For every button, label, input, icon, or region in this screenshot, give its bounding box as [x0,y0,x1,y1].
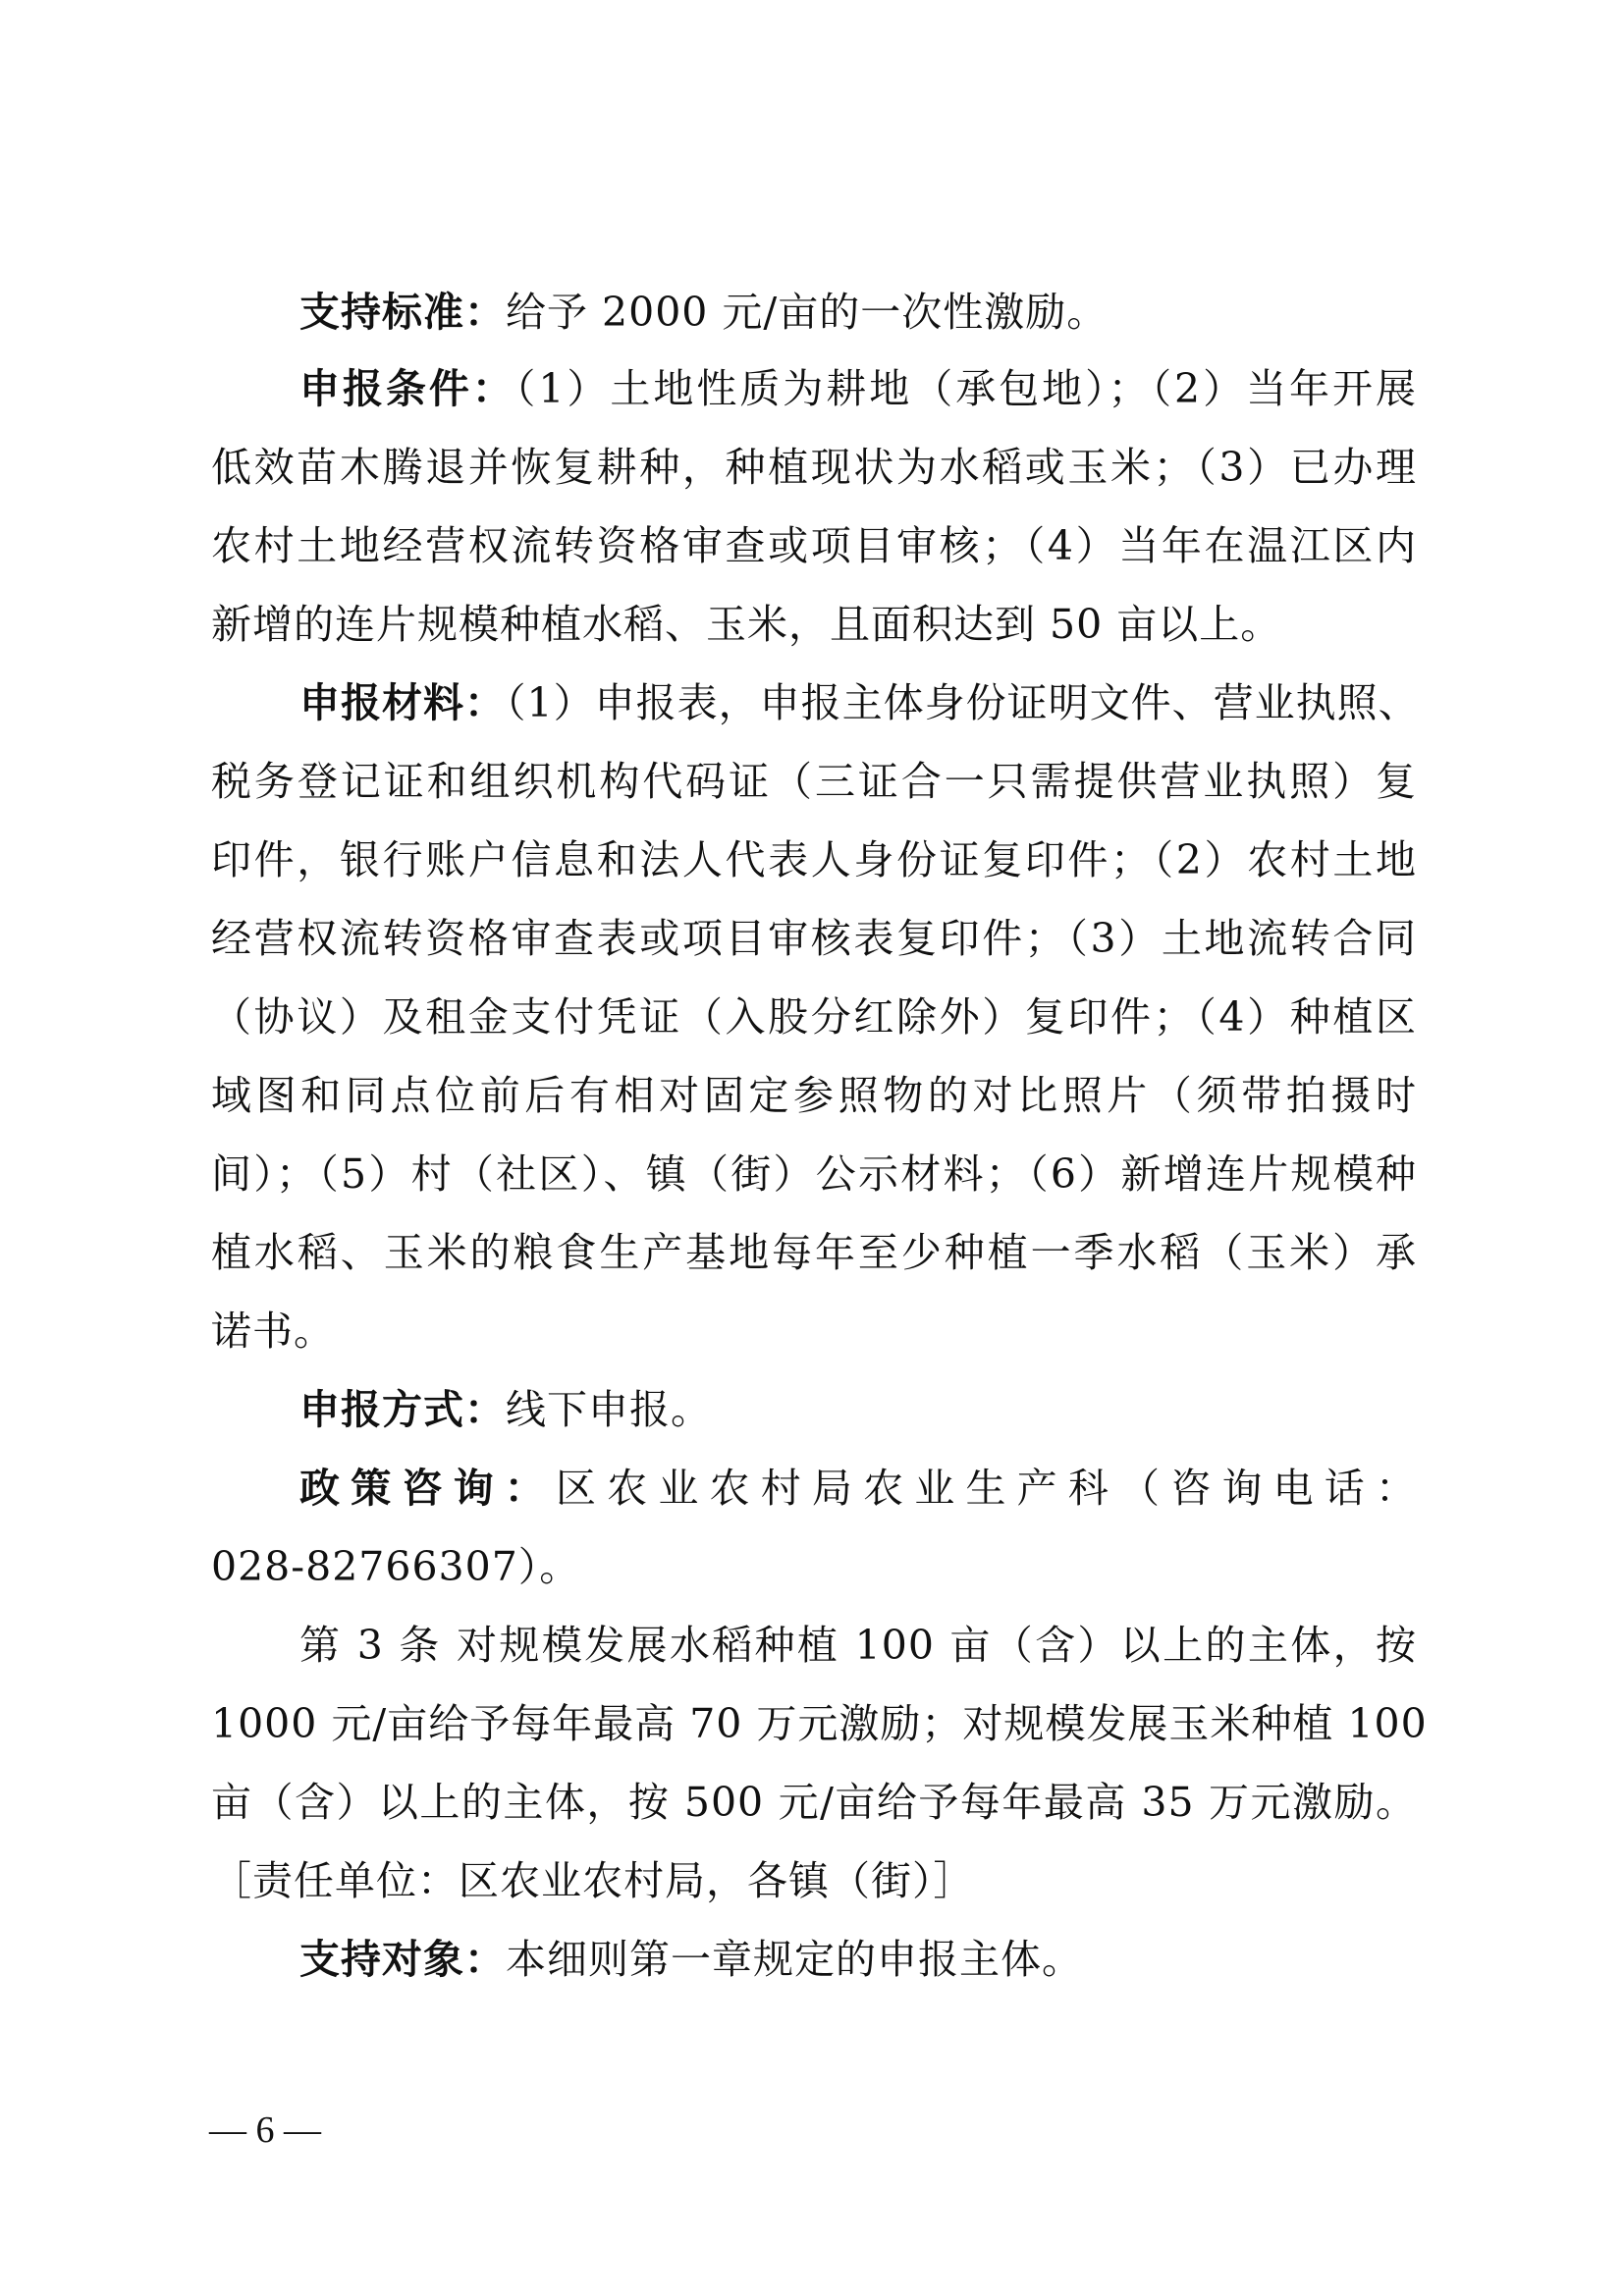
paragraph-policy-consultation: 政策咨询：区农业农村局农业生产科（咨询电话： [299,1459,1417,1518]
text-line: 诺书。 [211,1302,1417,1361]
paragraph-application-method: 申报方式：线下申报。 [299,1380,1417,1439]
page-number: — 6 — [209,2109,321,2152]
text-line: 印件，银行账户信息和法人代表人身份证复印件；（2）农村土地 [211,830,1417,889]
text-line: 域图和同点位前后有相对固定参照物的对比照片（须带拍摄时 [211,1066,1417,1125]
label-application-materials: 申报材料： [299,679,506,726]
article-3-line: 1000 元/亩给予每年最高 70 万元激励；对规模发展玉米种植 100 [211,1694,1417,1753]
document-page: 支持标准：给予 2000 元/亩的一次性激励。 申报条件：（1）土地性质为耕地（… [0,0,1623,2296]
text-line: （1）申报表，申报主体身份证明文件、营业执照、 [506,679,1420,726]
text-line: （协议）及租金支付凭证（入股分红除外）复印件；（4）种植区 [211,988,1417,1046]
paragraph-support-target: 支持对象：本细则第一章规定的申报主体。 [299,1930,1417,1989]
text-support-target: 本细则第一章规定的申报主体。 [506,1936,1083,1983]
label-application-method: 申报方式： [299,1386,506,1433]
text-line: 低效苗木腾退并恢复耕种，种植现状为水稻或玉米；（3）已办理 [211,438,1417,497]
text-support-standard: 给予 2000 元/亩的一次性激励。 [506,289,1108,336]
text-line: 植水稻、玉米的粮食生产基地每年至少种植一季水稻（玉米）承 [211,1223,1417,1282]
text-line: 经营权流转资格审查表或项目审核表复印件；（3）土地流转合同 [211,909,1417,968]
paragraph-support-standard: 支持标准：给予 2000 元/亩的一次性激励。 [299,283,1417,342]
article-3-line: 第 3 条 对规模发展水稻种植 100 亩（含）以上的主体，按 [299,1616,1417,1675]
paragraph-application-materials: 申报材料：（1）申报表，申报主体身份证明文件、营业执照、 [299,673,1417,732]
text-line: 区农业农村局农业生产科（咨询电话： [556,1465,1417,1512]
paragraph-application-conditions: 申报条件：（1）土地性质为耕地（承包地）；（2）当年开展 [299,359,1417,418]
text-line: 税务登记证和组织机构代码证（三证合一只需提供营业执照）复 [211,752,1417,811]
label-support-target: 支持对象： [299,1936,506,1983]
label-application-conditions: 申报条件： [299,365,515,412]
text-line: 间）；（5）村（社区）、镇（街）公示材料；（6）新增连片规模种 [211,1145,1417,1203]
article-3-line: 亩（含）以上的主体，按 500 元/亩给予每年最高 35 万元激励。 [211,1773,1417,1832]
consultation-phone: 028-82766307）。 [211,1537,1417,1596]
label-policy-consultation: 政策咨询： [299,1465,556,1512]
label-support-standard: 支持标准： [299,289,506,336]
responsible-units: ［责任单位：区农业农村局，各镇（街）］ [211,1851,1417,1910]
text-line: 新增的连片规模种植水稻、玉米，且面积达到 50 亩以上。 [211,595,1417,654]
text-line: （1）土地性质为耕地（承包地）；（2）当年开展 [515,365,1417,412]
text-application-method: 线下申报。 [506,1386,712,1433]
text-line: 农村土地经营权流转资格审查或项目审核；（4）当年在温江区内 [211,516,1417,575]
